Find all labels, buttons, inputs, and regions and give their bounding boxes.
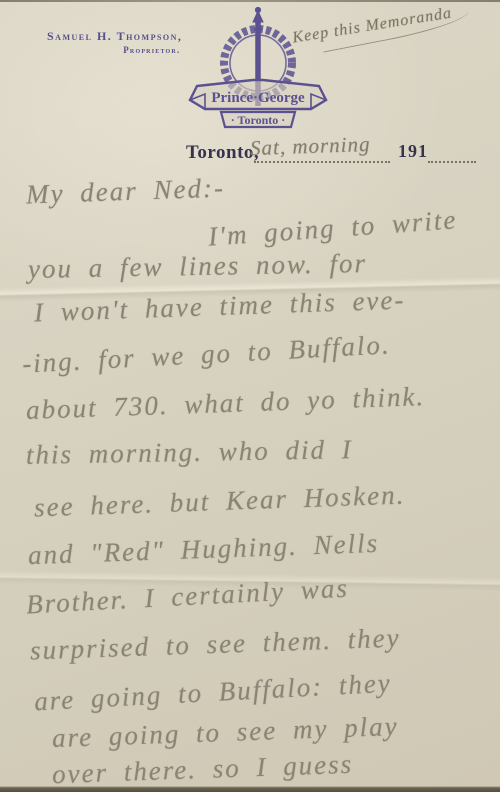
letter-line: see here. but Kear Hosken.	[34, 480, 406, 524]
photo-top-edge	[0, 0, 500, 2]
letter-page: Samuel H. Thompson, Proprietor.	[0, 0, 500, 792]
letter-line: I'm going to write	[207, 204, 458, 252]
dateline-handwritten-date: Sat, morning	[250, 132, 371, 161]
photo-bottom-edge	[0, 786, 500, 792]
letter-line: you a few lines now. for	[28, 248, 367, 285]
letter-line: this morning. who did I	[26, 434, 353, 471]
hotel-crest: Prince·George · Toronto ·	[183, 6, 333, 130]
letter-line: I won't have time this eve-	[34, 285, 406, 329]
dateline-year-prefix: 191	[398, 141, 428, 162]
crest-city-scroll: · Toronto ·	[231, 113, 285, 127]
letter-line: about 730. what do yo think.	[26, 381, 426, 426]
letter-line: are going to see my play	[52, 711, 400, 754]
proprietor-title: Proprietor.	[47, 44, 182, 57]
proprietor-name: Samuel H. Thompson,	[47, 29, 182, 43]
torch-in-laurel-wreath-icon: Prince·George · Toronto ·	[183, 6, 333, 130]
letter-line: My dear Ned:-	[26, 173, 226, 211]
crest-hotel-name: Prince·George	[211, 90, 305, 106]
letter-line: are going to Buffalo: they	[33, 668, 392, 718]
proprietor-block: Samuel H. Thompson, Proprietor.	[47, 30, 182, 57]
letter-line: -ing. for we go to Buffalo.	[21, 329, 391, 379]
letter-line: Brother. I certainly was	[25, 573, 349, 621]
dateline-city: Toronto,	[186, 142, 259, 164]
dateline: Toronto, Sat, morning 191	[0, 138, 500, 172]
dateline-dotted-rule	[428, 138, 476, 163]
letter-line: surprised to see them. they	[30, 623, 402, 667]
letter-line: over there. so I guess	[52, 749, 354, 790]
letter-line: and "Red" Hughing. Nells	[28, 528, 380, 571]
